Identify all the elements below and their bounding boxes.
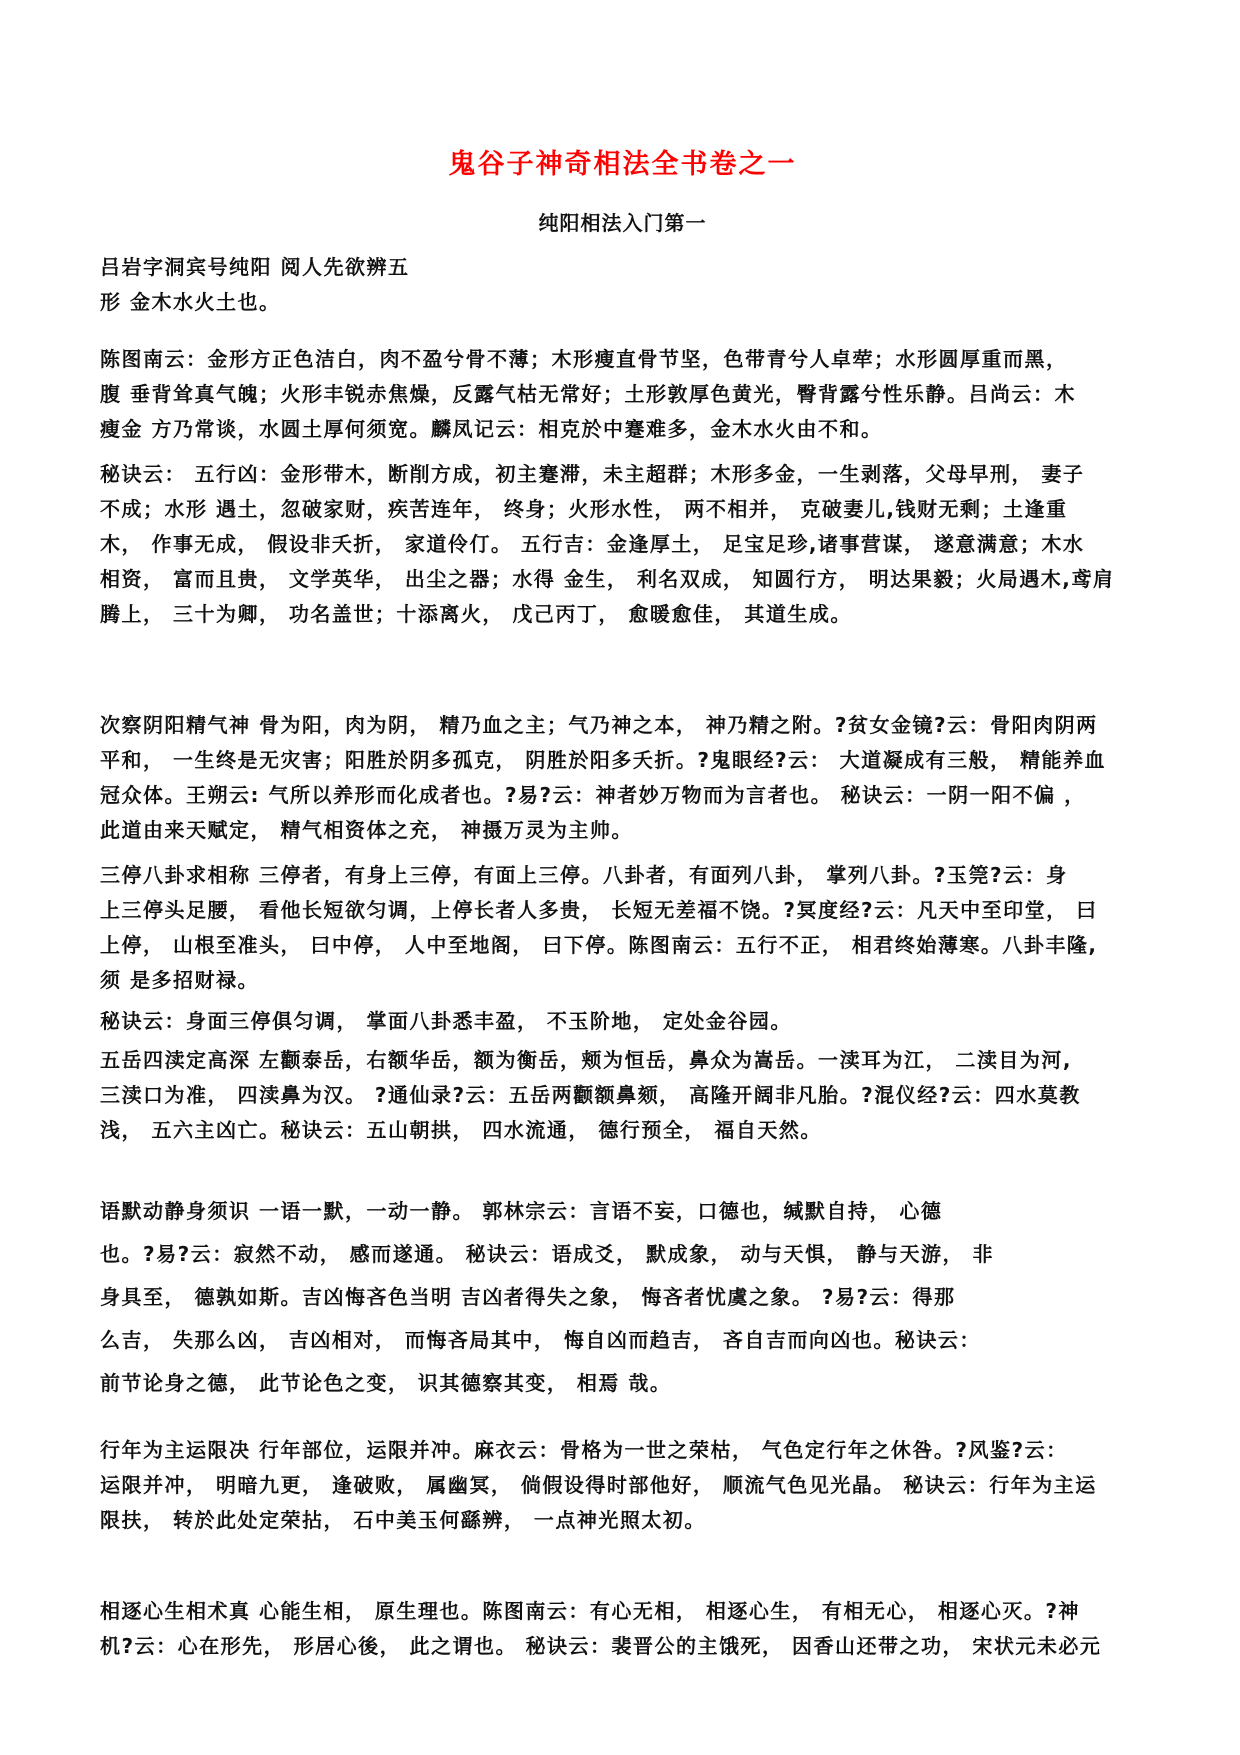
paragraph-wuyue-sidu: 五岳四渎定高深 左颧泰岳，右额华岳，额为衡岳，颊为恒岳，鼻众为嵩岳。一渎耳为江，… [100, 1043, 1145, 1148]
text-line: 也。?易?云：寂然不动， 感而遂通。 秘诀云：语成爻， 默成象， 动与天惧， 静… [100, 1233, 1145, 1276]
text-line: 冠众体。王朔云: 气所以养形而化成者也。?易?云：神者妙万物而为言者也。 秘诀云… [100, 778, 1145, 813]
text-line: 限扶， 转於此处定荣拈， 石中美玉何繇辨， 一点神光照太初。 [100, 1503, 1145, 1538]
text-line: 形 金木水火土也。 [100, 285, 1145, 320]
text-line: 三渎口为准， 四渎鼻为汉。 ?通仙录?云：五岳两颧额鼻颏， 高隆开阔非凡胎。?混… [100, 1078, 1145, 1113]
text-line: 相资， 富而且贵， 文学英华， 出尘之器；水得 金生， 利名双成， 知圆行方， … [100, 562, 1145, 597]
document-page: 鬼谷子神奇相法全书卷之一 纯阳相法入门第一 吕岩字洞宾号纯阳 阅人先欲辨五 形 … [0, 0, 1240, 1755]
text-line: 秘诀云： 五行凶：金形带木，断削方成，初主蹇滞，未主超群；木形多金，一生剥落，父… [100, 457, 1145, 492]
paragraph-mijue-wuxing: 秘诀云： 五行凶：金形带木，断削方成，初主蹇滞，未主超群；木形多金，一生剥落，父… [100, 457, 1145, 632]
text-line: 运限并冲， 明暗九更， 逢破败， 属幽冥， 倘假设得时部他好， 顺流气色见光晶。… [100, 1468, 1145, 1503]
paragraph-yinyang-jingqishen: 次察阴阳精气神 骨为阳，肉为阴， 精乃血之主；气乃神之本， 神乃精之附。?贫女金… [100, 708, 1145, 848]
paragraph-intro: 吕岩字洞宾号纯阳 阅人先欲辨五 形 金木水火土也。 [100, 250, 1145, 320]
paragraph-mijue-santing: 秘诀云：身面三停俱匀调， 掌面八卦悉丰盈， 不玉阶地， 定处金谷园。 [100, 1004, 1145, 1039]
text-line: 平和， 一生终是无灾害；阳胜於阴多孤克， 阴胜於阳多夭折。?鬼眼经?云： 大道凝… [100, 743, 1145, 778]
text-line: 腹 垂背耸真气魄；火形丰锐赤焦燥，反露气枯无常好；土形敦厚色黄光，臀背露兮性乐静… [100, 377, 1145, 412]
text-line: 机?云：心在形先， 形居心後， 此之谓也。 秘诀云：裴晋公的主饿死， 因香山还带… [100, 1629, 1145, 1664]
text-line: 语默动静身须识 一语一默，一动一静。 郭林宗云：言语不妄，口德也，缄默自持， 心… [100, 1190, 1145, 1233]
page-title: 鬼谷子神奇相法全书卷之一 [100, 142, 1145, 181]
text-line: 陈图南云：金形方正色洁白，肉不盈兮骨不薄；木形瘦直骨节坚，色带青兮人卓荦；水形圆… [100, 342, 1145, 377]
section-subtitle: 纯阳相法入门第一 [100, 207, 1145, 236]
document-content: 鬼谷子神奇相法全书卷之一 纯阳相法入门第一 吕岩字洞宾号纯阳 阅人先欲辨五 形 … [100, 0, 1145, 1664]
text-line: 浅， 五六主凶亡。秘诀云：五山朝拱， 四水流通， 德行预全， 福自天然。 [100, 1113, 1145, 1148]
text-line: 腾上， 三十为卿， 功名盖世；十添离火， 戊己丙丁， 愈暖愈佳， 其道生成。 [100, 597, 1145, 632]
paragraph-yumo-dongjing: 语默动静身须识 一语一默，一动一静。 郭林宗云：言语不妄，口德也，缄默自持， 心… [100, 1190, 1145, 1405]
text-line: 相逐心生相术真 心能生相， 原生理也。陈图南云：有心无相， 相逐心生， 有相无心… [100, 1594, 1145, 1629]
text-line: 次察阴阳精气神 骨为阳，肉为阴， 精乃血之主；气乃神之本， 神乃精之附。?贫女金… [100, 708, 1145, 743]
text-line: 瘦金 方乃常谈，水圆土厚何须宽。麟凤记云：相克於中蹇难多，金木水火由不和。 [100, 412, 1145, 447]
text-line: 么吉， 失那么凶， 吉凶相对， 而悔吝局其中， 悔自凶而趋吉， 吝自吉而向凶也。… [100, 1319, 1145, 1362]
text-line: 三停八卦求相称 三停者，有身上三停，有面上三停。八卦者，有面列八卦， 掌列八卦。… [100, 858, 1145, 893]
text-line: 上三停头足腰， 看他长短欲匀调，上停长者人多贵， 长短无差福不饶。?冥度经?云：… [100, 893, 1145, 928]
text-line: 五岳四渎定高深 左颧泰岳，右额华岳，额为衡岳，颊为恒岳，鼻众为嵩岳。一渎耳为江，… [100, 1043, 1145, 1078]
text-line: 此道由来天赋定， 精气相资体之充， 神摄万灵为主帅。 [100, 813, 1145, 848]
paragraph-xingnian-yunxian: 行年为主运限决 行年部位，运限并冲。麻衣云：骨格为一世之荣枯， 气色定行年之休咎… [100, 1433, 1145, 1538]
paragraph-xiangzhu-xinsheng: 相逐心生相术真 心能生相， 原生理也。陈图南云：有心无相， 相逐心生， 有相无心… [100, 1594, 1145, 1664]
text-line: 吕岩字洞宾号纯阳 阅人先欲辨五 [100, 250, 1145, 285]
text-line: 木， 作事无成， 假设非夭折， 家道伶仃。 五行吉：金逢厚土， 足宝足珍,诸事营… [100, 527, 1145, 562]
text-line: 前节论身之德， 此节论色之变， 识其德察其变， 相焉 哉。 [100, 1362, 1145, 1405]
text-line: 行年为主运限决 行年部位，运限并冲。麻衣云：骨格为一世之荣枯， 气色定行年之休咎… [100, 1433, 1145, 1468]
text-line: 身具至， 德孰如斯。吉凶悔吝色当明 吉凶者得失之象， 悔吝者忧虞之象。 ?易?云… [100, 1276, 1145, 1319]
paragraph-chen-tunan: 陈图南云：金形方正色洁白，肉不盈兮骨不薄；木形瘦直骨节坚，色带青兮人卓荦；水形圆… [100, 342, 1145, 447]
text-line: 上停， 山根至准头， 曰中停， 人中至地阁， 曰下停。陈图南云：五行不正， 相君… [100, 928, 1145, 963]
text-line: 不成；水形 遇土，忽破家财，疾苦连年， 终身；火形水性， 两不相并， 克破妻儿,… [100, 492, 1145, 527]
text-line: 须 是多招财禄。 [100, 963, 1145, 998]
text-line: 秘诀云：身面三停俱匀调， 掌面八卦悉丰盈， 不玉阶地， 定处金谷园。 [100, 1004, 1145, 1039]
paragraph-santing-bagua: 三停八卦求相称 三停者，有身上三停，有面上三停。八卦者，有面列八卦， 掌列八卦。… [100, 858, 1145, 998]
